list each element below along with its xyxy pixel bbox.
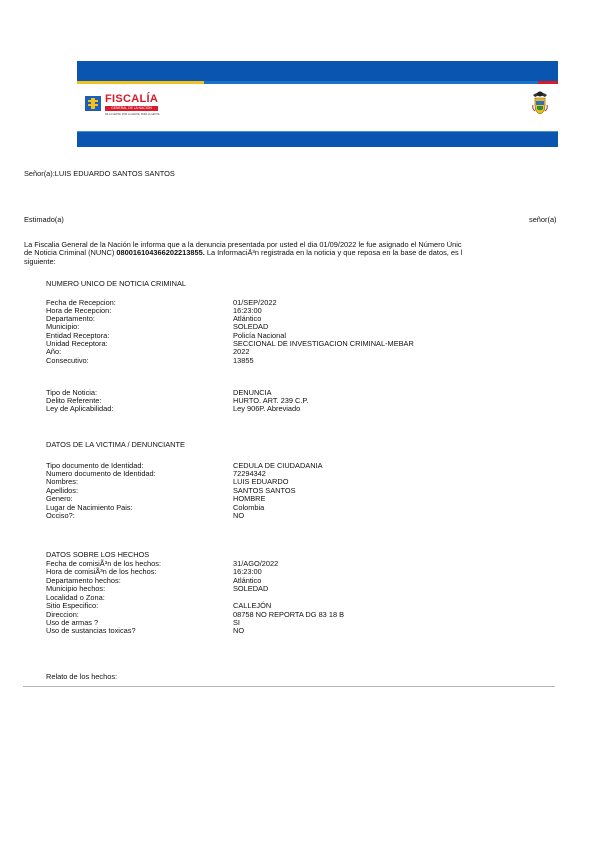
section-title-victima: DATOS DE LA VICTIMA / DENUNCIANTE xyxy=(46,441,185,449)
field-value: HOMBRE xyxy=(233,495,265,503)
field-value: SOLEDAD xyxy=(233,585,268,593)
field-label: Hora de comisiÃ³n de los hechos: xyxy=(46,568,157,576)
section-title-nunc: NUMERO UNICO DE NOTICIA CRIMINAL xyxy=(46,280,186,288)
field-value: LUIS EDUARDO xyxy=(233,478,288,486)
intro-line-1: La Fiscalia General de la Nación le info… xyxy=(24,241,595,249)
field-label: Sitio Especifico: xyxy=(46,602,98,610)
banner-bottom-bar xyxy=(77,131,477,147)
logo-subtitle: GENERAL DE LA NACIÓN xyxy=(105,106,158,111)
field-value: NO xyxy=(233,512,244,520)
field-label: Municipio: xyxy=(46,323,79,331)
logo-title: FISCALÍA xyxy=(105,93,158,105)
field-value: SECCIONAL DE INVESTIGACION CRIMINAL-MEBA… xyxy=(233,340,414,348)
header-banner: FISCALÍA GENERAL DE LA NACIÓN DE LA GENT… xyxy=(77,61,477,145)
banner-top-bar xyxy=(77,61,477,81)
recipient-line: Señor(a):LUIS EDUARDO SANTOS SANTOS xyxy=(24,170,175,178)
field-value: 13855 xyxy=(233,357,254,365)
field-label: Genero: xyxy=(46,495,73,503)
logo-tagline: DE LA GENTE, POR LA GENTE, PARA LA GENTE xyxy=(105,113,159,116)
greeting-left: Estimado(a) xyxy=(24,216,64,224)
field-label: Municipio hechos: xyxy=(46,585,105,593)
coat-of-arms-icon xyxy=(530,90,550,116)
banner-yellow-stripe xyxy=(77,81,204,84)
fiscalia-emblem-icon xyxy=(85,96,101,111)
field-value: 16:23:00 xyxy=(233,568,262,576)
relato-label: Relato de los hechos: xyxy=(46,673,117,681)
intro-text: de Noticia Criminal (NUNC) xyxy=(24,249,116,257)
field-value: 2022 xyxy=(233,348,249,356)
field-value: CALLEJÓN xyxy=(233,602,271,610)
divider xyxy=(23,686,555,687)
intro-line-3: siguiente: xyxy=(24,258,56,266)
field-label: Occiso?: xyxy=(46,512,75,520)
field-value: NO xyxy=(233,627,244,635)
field-value: SOLEDAD xyxy=(233,323,268,331)
field-value: 08758 NO REPORTA DG 83 18 B xyxy=(233,611,344,619)
field-label: Nombres: xyxy=(46,478,78,486)
field-label: Uso de sustancias toxicas? xyxy=(46,627,136,635)
banner-blue-stripe xyxy=(204,81,477,84)
fiscalia-logo: FISCALÍA GENERAL DE LA NACIÓN DE LA GENT… xyxy=(85,92,185,122)
intro-text-2: La InformaciÃ³n registrada en la noticia… xyxy=(205,249,463,257)
section-title-hechos: DATOS SOBRE LOS HECHOS xyxy=(46,551,149,559)
greeting-right: señor(a) xyxy=(529,216,557,224)
field-value: Ley 906P. Abreviado xyxy=(233,405,300,413)
intro-line-2: de Noticia Criminal (NUNC) 0800161043662… xyxy=(24,249,595,257)
field-label: Consecutivo: xyxy=(46,357,89,365)
field-label: Año: xyxy=(46,348,61,356)
field-label: Ley de Aplicabilidad: xyxy=(46,405,113,413)
nunc-number: 080016104366202213855. xyxy=(116,249,204,257)
